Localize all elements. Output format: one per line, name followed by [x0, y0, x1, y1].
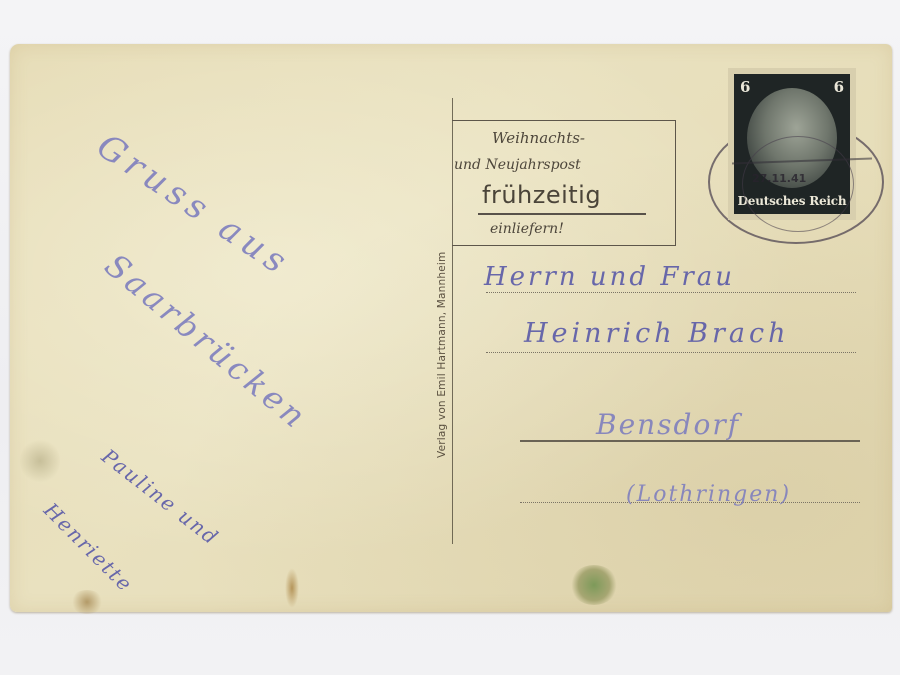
- stain: [70, 590, 104, 614]
- address-region: (Lothringen): [626, 482, 791, 507]
- slogan-line-2: und Neujahrspost: [454, 157, 581, 173]
- stain: [285, 568, 299, 608]
- slogan-line-4: einliefern!: [490, 221, 564, 237]
- address-line-2: [486, 352, 856, 353]
- stain: [20, 438, 60, 484]
- slogan-cancel: Weihnachts- und Neujahrspost frühzeitig …: [452, 120, 676, 246]
- slogan-line-3: frühzeitig: [482, 181, 601, 209]
- stamp-value-left: 6: [740, 78, 750, 96]
- address-recipient-name: Heinrich Brach: [524, 318, 790, 349]
- stain: [570, 565, 618, 605]
- address-recipient-title: Herrn und Frau: [484, 262, 735, 292]
- address-line-1: [486, 292, 856, 293]
- address-town: Bensdorf: [596, 408, 740, 441]
- publisher-imprint: Verlag von Emil Hartmann, Mannheim: [436, 252, 448, 458]
- slogan-line-1: Weihnachts-: [492, 129, 585, 147]
- postmark-date: 27.11.41: [752, 172, 806, 185]
- stamp-value-right: 6: [834, 78, 844, 96]
- slogan-underline: [478, 213, 646, 215]
